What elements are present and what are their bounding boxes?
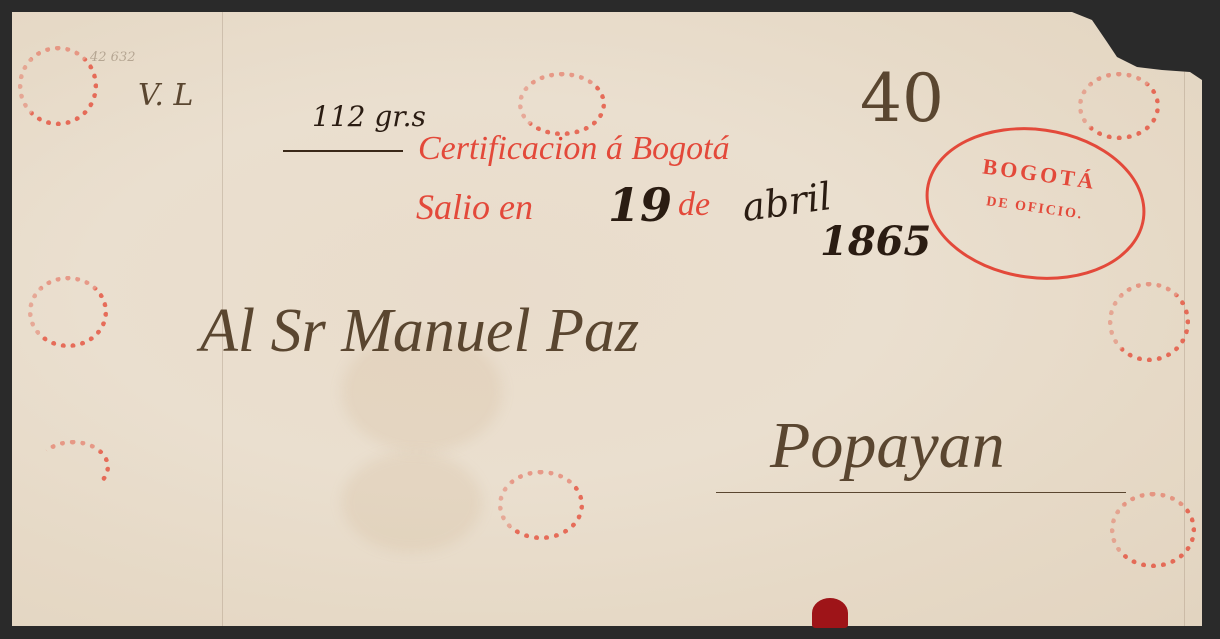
date-day: 19 (608, 178, 672, 232)
departure-prefix: Salio en (416, 186, 533, 228)
certification-note: Certificacion á Bogotá (418, 130, 730, 168)
red-oval-mark (28, 276, 108, 348)
red-oval-mark (498, 470, 584, 540)
weight-underline (283, 150, 403, 152)
destination-city: Popayan (770, 408, 1005, 484)
stain (342, 452, 482, 552)
addressee-name: Al Sr Manuel Paz (200, 296, 639, 367)
rate-mark: 40 (860, 60, 944, 137)
red-oval-mark (36, 440, 110, 494)
red-oval-mark (1110, 492, 1196, 568)
address-underline (716, 492, 1126, 493)
red-oval-mark (1108, 282, 1190, 362)
date-year: 1865 (820, 218, 931, 265)
weight-note: 112 gr.s (312, 100, 426, 133)
departure-de: de (678, 186, 710, 224)
faint-corner-mark: 42 632 (90, 50, 136, 65)
red-oval-mark (1078, 72, 1160, 140)
red-oval-mark (18, 46, 98, 126)
red-oval-mark (518, 72, 606, 136)
wax-seal (812, 598, 848, 628)
initials-mark: V. L (138, 78, 193, 113)
